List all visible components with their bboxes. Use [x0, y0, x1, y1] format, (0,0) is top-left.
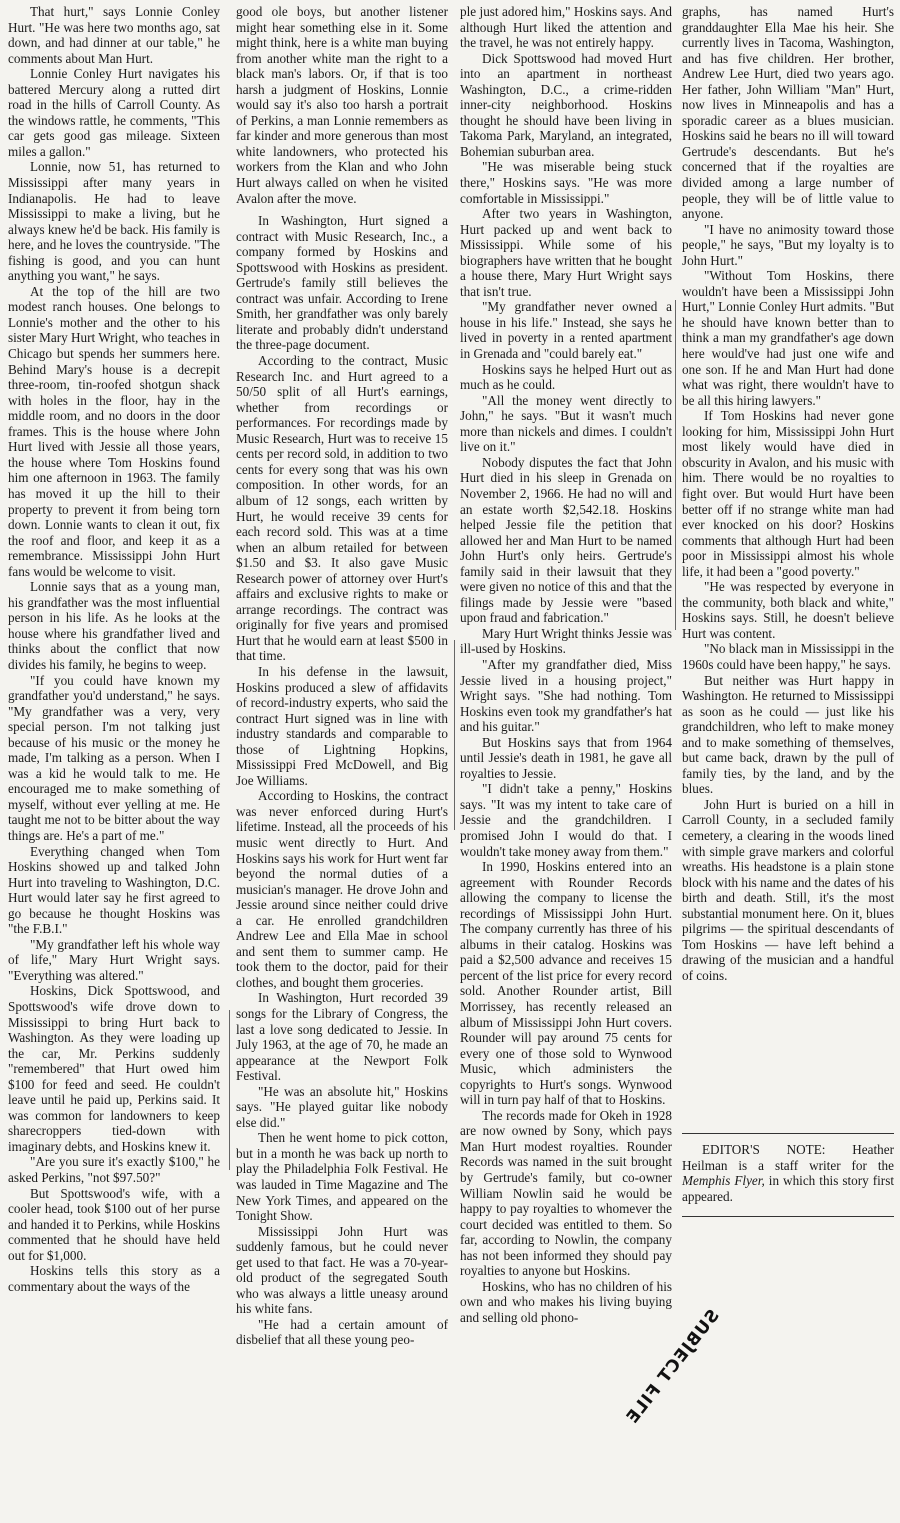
paragraph: "I have no animosity toward those people…	[682, 222, 894, 269]
paragraph: After two years in Washington, Hurt pack…	[460, 206, 672, 299]
paragraph: Lonnie Conley Hurt navigates his battere…	[8, 66, 220, 159]
paragraph: Mary Hurt Wright thinks Jessie was ill-u…	[460, 626, 672, 657]
paragraph: graphs, has named Hurt's granddaughter E…	[682, 4, 894, 222]
paragraph: "He was respected by everyone in the com…	[682, 579, 894, 641]
paragraph: Lonnie says that as a young man, his gra…	[8, 579, 220, 672]
paragraph: "He had a certain amount of disbelief th…	[236, 1317, 448, 1348]
paragraph: In Washington, Hurt recorded 39 songs fo…	[236, 990, 448, 1083]
editor-note-top-rule	[682, 1133, 894, 1134]
paragraph: "Without Tom Hoskins, there wouldn't hav…	[682, 268, 894, 408]
paragraph: According to the contract, Music Researc…	[236, 353, 448, 664]
paragraph: Dick Spottswood had moved Hurt into an a…	[460, 51, 672, 160]
paragraph: But neither was Hurt happy in Washington…	[682, 673, 894, 797]
paragraph: Mississippi John Hurt was suddenly famou…	[236, 1224, 448, 1317]
paragraph: "My grandfather left his whole way of li…	[8, 937, 220, 984]
paragraph: In Washington, Hurt signed a contract wi…	[236, 213, 448, 353]
paragraph: "Are you sure it's exactly $100," he ask…	[8, 1154, 220, 1185]
paragraph: Nobody disputes the fact that John Hurt …	[460, 455, 672, 626]
paragraph: "If you could have known my grandfather …	[8, 673, 220, 844]
paragraph: "No black man in Mississippi in the 1960…	[682, 641, 894, 672]
newspaper-page: That hurt," says Lonnie Conley Hurt. "He…	[0, 0, 900, 1523]
paragraph: "After my grandfather died, Miss Jessie …	[460, 657, 672, 735]
paragraph: Everything changed when Tom Hoskins show…	[8, 844, 220, 937]
article-column-1: That hurt," says Lonnie Conley Hurt. "He…	[8, 4, 220, 1294]
article-column-2: good ole boys, but another listener migh…	[236, 4, 448, 1348]
paragraph: Hoskins, Dick Spottswood, and Spottswood…	[8, 983, 220, 1154]
publication-name: Memphis Flyer,	[682, 1173, 765, 1188]
editor-note-bottom-rule	[682, 1216, 894, 1217]
paragraph: "He was miserable being stuck there," Ho…	[460, 159, 672, 206]
paragraph: "My grandfather never owned a house in h…	[460, 299, 672, 361]
paragraph: Then he went home to pick cotton, but in…	[236, 1130, 448, 1223]
article-column-3: ple just adored him," Hoskins says. And …	[460, 4, 672, 1325]
paragraph: In his defense in the lawsuit, Hoskins p…	[236, 664, 448, 788]
paragraph: Hoskins, who has no children of his own …	[460, 1279, 672, 1326]
article-column-4: graphs, has named Hurt's granddaughter E…	[682, 4, 894, 983]
paragraph: Hoskins tells this story as a commentary…	[8, 1263, 220, 1294]
paragraph: Hoskins says he helped Hurt out as much …	[460, 362, 672, 393]
paragraph: John Hurt is buried on a hill in Carroll…	[682, 797, 894, 984]
paragraph: At the top of the hill are two modest ra…	[8, 284, 220, 579]
paragraph: According to Hoskins, the contract was n…	[236, 788, 448, 990]
paragraph: In 1990, Hoskins entered into an agreeme…	[460, 859, 672, 1108]
column-divider	[675, 300, 676, 630]
editor-note-lead: EDITOR'S NOTE:	[702, 1142, 825, 1157]
paragraph: "All the money went directly to John," h…	[460, 393, 672, 455]
paragraph: "He was an absolute hit," Hoskins says. …	[236, 1084, 448, 1131]
paragraph: The records made for Okeh in 1928 are no…	[460, 1108, 672, 1279]
paragraph: But Hoskins says that from 1964 until Je…	[460, 735, 672, 782]
column-divider	[454, 640, 455, 830]
column-divider	[229, 1010, 230, 1170]
editor-note: EDITOR'S NOTE: Heather Heilman is a staf…	[682, 1142, 894, 1204]
paragraph: "I didn't take a penny," Hoskins says. "…	[460, 781, 672, 859]
paragraph: Lonnie, now 51, has returned to Mississi…	[8, 159, 220, 283]
paragraph: good ole boys, but another listener migh…	[236, 4, 448, 206]
paragraph: ple just adored him," Hoskins says. And …	[460, 4, 672, 51]
paragraph: If Tom Hoskins had never gone looking fo…	[682, 408, 894, 579]
paragraph: But Spottswood's wife, with a cooler hea…	[8, 1186, 220, 1264]
paragraph: That hurt," says Lonnie Conley Hurt. "He…	[8, 4, 220, 66]
